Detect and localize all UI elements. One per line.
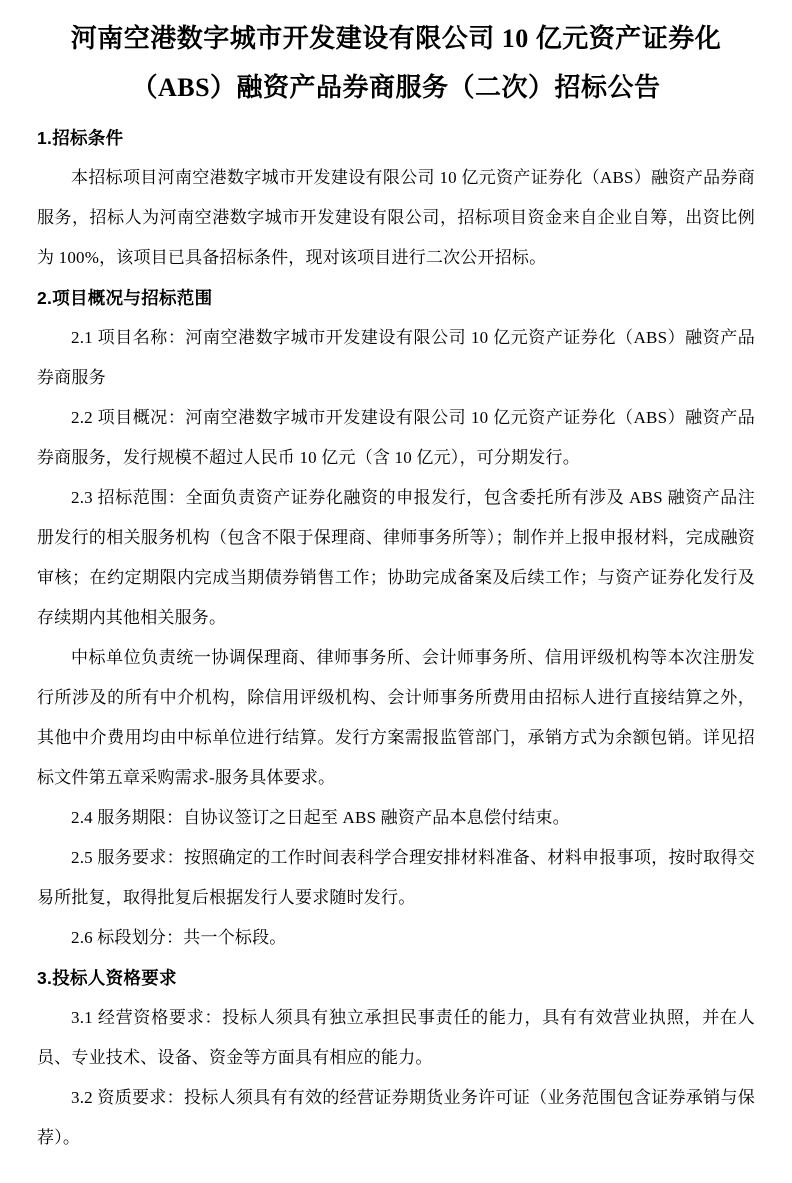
paragraph: 2.6 标段划分：共一个标段。 [37, 918, 755, 958]
paragraph: 2.3 招标范围：全面负责资产证券化融资的申报发行，包含委托所有涉及 ABS 融… [37, 478, 755, 638]
section-project-overview-scope: 2.项目概况与招标范围 2.1 项目名称：河南空港数字城市开发建设有限公司 10… [37, 278, 755, 958]
document-title: 河南空港数字城市开发建设有限公司 10 亿元资产证券化 （ABS）融资产品券商服… [37, 14, 755, 112]
section-bidding-conditions: 1.招标条件 本招标项目河南空港数字城市开发建设有限公司 10 亿元资产证券化（… [37, 118, 755, 278]
section-bidder-qualification: 3.投标人资格要求 3.1 经营资格要求：投标人须具有独立承担民事责任的能力，具… [37, 958, 755, 1158]
paragraph: 3.1 经营资格要求：投标人须具有独立承担民事责任的能力，具有有效营业执照，并在… [37, 998, 755, 1078]
paragraph: 2.5 服务要求：按照确定的工作时间表科学合理安排材料准备、材料申报事项，按时取… [37, 838, 755, 918]
section-heading: 1.招标条件 [37, 118, 755, 158]
section-heading: 2.项目概况与招标范围 [37, 278, 755, 318]
document-page: 河南空港数字城市开发建设有限公司 10 亿元资产证券化 （ABS）融资产品券商服… [0, 0, 792, 1183]
paragraph: 2.1 项目名称：河南空港数字城市开发建设有限公司 10 亿元资产证券化（ABS… [37, 318, 755, 398]
paragraph: 本招标项目河南空港数字城市开发建设有限公司 10 亿元资产证券化（ABS）融资产… [37, 158, 755, 278]
paragraph: 中标单位负责统一协调保理商、律师事务所、会计师事务所、信用评级机构等本次注册发行… [37, 638, 755, 798]
paragraph: 2.2 项目概况：河南空港数字城市开发建设有限公司 10 亿元资产证券化（ABS… [37, 398, 755, 478]
paragraph: 3.2 资质要求：投标人须具有有效的经营证券期货业务许可证（业务范围包含证券承销… [37, 1078, 755, 1158]
paragraph: 2.4 服务期限：自协议签订之日起至 ABS 融资产品本息偿付结束。 [37, 798, 755, 838]
document-title-line-2: （ABS）融资产品券商服务（二次）招标公告 [37, 63, 755, 112]
document-title-line-1: 河南空港数字城市开发建设有限公司 10 亿元资产证券化 [37, 14, 755, 63]
section-heading: 3.投标人资格要求 [37, 958, 755, 998]
